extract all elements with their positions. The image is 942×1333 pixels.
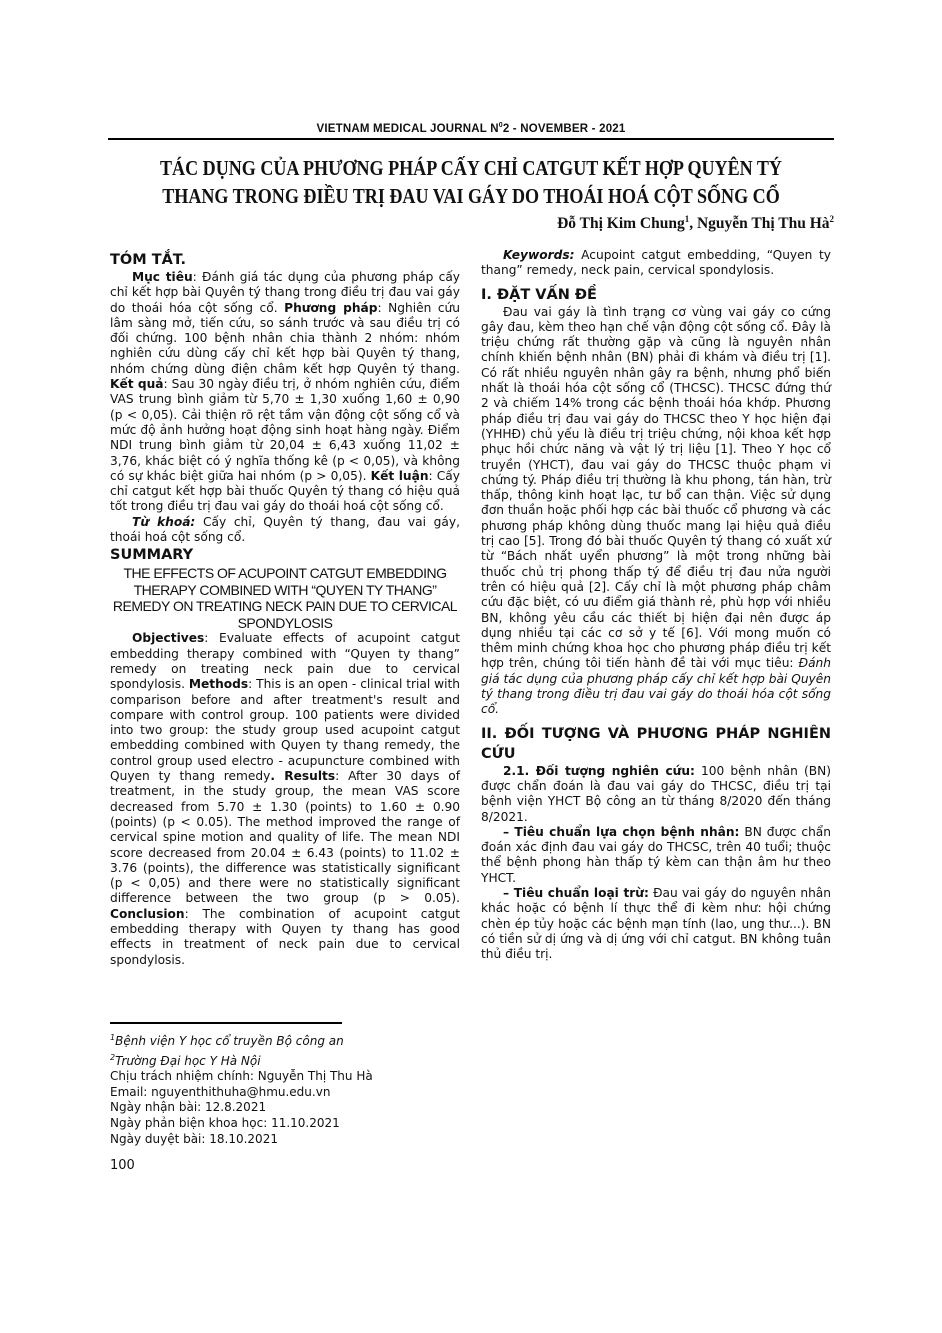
author-2: Nguyễn Thị Thu Hà [697, 215, 830, 232]
methods-label: Phương pháp [284, 301, 377, 315]
keywords-vi-label: Từ khoá: [132, 515, 195, 529]
summary-heading: SUMMARY [110, 545, 460, 565]
results-text: : Sau 30 ngày điều trị, ở nhóm nghiên cứ… [110, 377, 460, 483]
keywords-en-label: Keywords: [503, 248, 574, 262]
results-en-text: : After 30 days of treatment, in the stu… [110, 769, 460, 905]
conclusion-en-label: Conclusion [110, 907, 185, 921]
abstract-vi-heading: TÓM TẮT. [110, 250, 460, 270]
date-reviewed: Ngày phản biện khoa học: 11.10.2021 [110, 1116, 373, 1132]
left-column: TÓM TẮT. Mục tiêu: Đánh giá tác dụng của… [110, 250, 460, 968]
footnotes: 1Bệnh viện Y học cổ truyền Bộ công an 2T… [110, 1030, 373, 1147]
conclusion-label: Kết luận [371, 469, 429, 483]
section-1-body: Đau vai gáy là tình trạng cơ vùng vai gá… [481, 305, 831, 718]
methods-en-text: : This is an open - clinical trial with … [110, 677, 460, 783]
exclusion-label: – Tiêu chuẩn loại trừ: [503, 886, 649, 900]
title-line-2: THANG TRONG ĐIỀU TRỊ ĐAU VAI GÁY DO THOÁ… [159, 182, 783, 210]
exclusion-criteria: – Tiêu chuẩn loại trừ: Đau vai gáy do ng… [481, 886, 831, 962]
date-received: Ngày nhận bài: 12.8.2021 [110, 1100, 373, 1116]
page-number: 100 [110, 1158, 135, 1173]
author-separator: , [689, 215, 697, 232]
keywords-en: Keywords: Acupoint catgut embedding, “Qu… [481, 248, 831, 279]
summary-body: Objectives: Evaluate effects of acupoint… [110, 631, 460, 968]
author-list: Đỗ Thị Kim Chung1, Nguyễn Thị Thu Hà2 [557, 214, 834, 233]
section-2-heading: II. ĐỐI TƯỢNG VÀ PHƯƠNG PHÁP NGHIÊN CỨU [481, 724, 831, 764]
running-header: VIETNAM MEDICAL JOURNAL N02 - NOVEMBER -… [108, 122, 834, 135]
title-line-1: TÁC DỤNG CỦA PHƯƠNG PHÁP CẤY CHỈ CATGUT … [159, 154, 783, 182]
objectives-label: Objectives [132, 631, 204, 645]
english-title: THE EFFECTS OF ACUPOINT CATGUT EMBEDDING… [110, 565, 460, 631]
journal-name: VIETNAM MEDICAL JOURNAL N [317, 123, 499, 135]
date-accepted: Ngày duyệt bài: 18.10.2021 [110, 1132, 373, 1148]
results-en-label: . Results [270, 769, 335, 783]
keywords-vi: Từ khoá: Cấy chỉ, Quyên tý thang, đau va… [110, 515, 460, 546]
results-label: Kết quả [110, 377, 164, 391]
inclusion-criteria: – Tiêu chuẩn lựa chọn bệnh nhân: BN được… [481, 825, 831, 886]
corresponding-author: Chịu trách nhiệm chính: Nguyễn Thị Thu H… [110, 1069, 373, 1085]
email: Email: nguyenthithuha@hmu.edu.vn [110, 1085, 373, 1101]
author-2-affiliation: 2 [830, 214, 835, 224]
section-1-text: Đau vai gáy là tình trạng cơ vùng vai gá… [481, 305, 831, 671]
subsection-2-1: 2.1. Đối tượng nghiên cứu: 100 bệnh nhân… [481, 764, 831, 825]
abstract-vi-body: Mục tiêu: Đánh giá tác dụng của phương p… [110, 270, 460, 515]
objective-label: Mục tiêu [132, 270, 193, 284]
affiliation-2-text: Trường Đại học Y Hà Nội [115, 1054, 260, 1068]
right-column: Keywords: Acupoint catgut embedding, “Qu… [481, 248, 831, 962]
header-rule [108, 138, 834, 140]
subsection-2-1-label: 2.1. Đối tượng nghiên cứu: [503, 764, 695, 778]
methods-en-label: Methods [189, 677, 248, 691]
affiliation-1: 1Bệnh viện Y học cổ truyền Bộ công an [110, 1030, 373, 1050]
journal-page: VIETNAM MEDICAL JOURNAL N02 - NOVEMBER -… [0, 0, 942, 1333]
author-1: Đỗ Thị Kim Chung [557, 215, 685, 232]
issue-date: 2 - NOVEMBER - 2021 [503, 123, 626, 135]
affiliation-2: 2Trường Đại học Y Hà Nội [110, 1050, 373, 1070]
article-title: TÁC DỤNG CỦA PHƯƠNG PHÁP CẤY CHỈ CATGUT … [159, 154, 783, 210]
affiliation-1-text: Bệnh viện Y học cổ truyền Bộ công an [115, 1034, 344, 1048]
section-1-heading: I. ĐẶT VẤN ĐỀ [481, 285, 831, 305]
inclusion-label: – Tiêu chuẩn lựa chọn bệnh nhân: [503, 825, 739, 839]
footnote-rule [110, 1022, 342, 1024]
